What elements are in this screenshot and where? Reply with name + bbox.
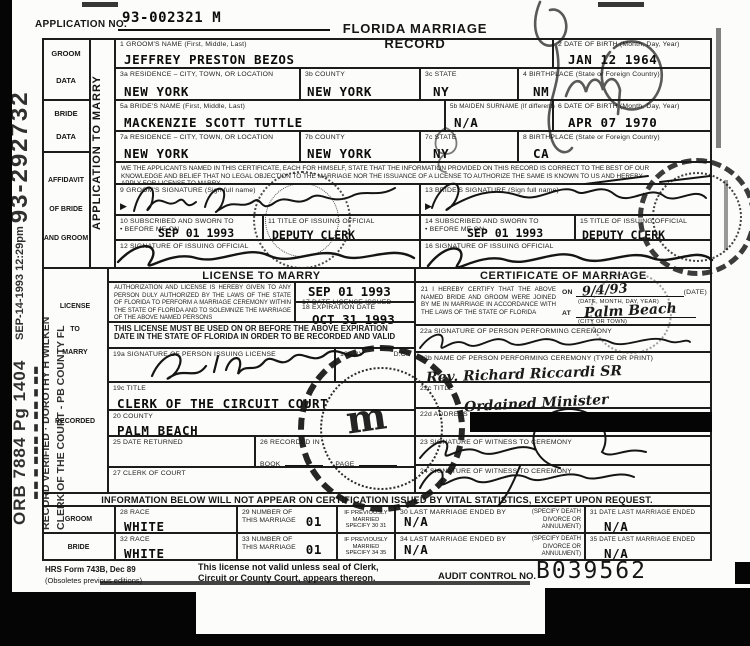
groom-ended-paren: (SPECIFY DEATH DIVORCE OR ANNULMENT)	[503, 509, 581, 532]
groom-spec-text: IF PREVIOUSLY MARRIED SPECIFY 30 31	[340, 510, 392, 530]
side-groom-data-label: DATA	[43, 76, 89, 85]
bride-residence-label: 7a RESIDENCE – CITY, TOWN, OR LOCATION	[120, 134, 299, 142]
field-groom-marriage-number: 29 NUMBER OF THIS MARRIAGE 01	[237, 506, 337, 533]
bride-race-label: 32 RACE	[120, 536, 236, 544]
field-bride-dob: 6 DATE OF BIRTH (Month, Day, Year) APR 0…	[553, 100, 712, 131]
bride-maiden-label: 5b MAIDEN SURNAME (If different)	[450, 103, 552, 111]
bride-race-value: WHITE	[124, 546, 236, 561]
groom-ended-value: N/A	[404, 514, 428, 529]
groom-num-value: 01	[306, 514, 322, 529]
address-redaction-bar	[470, 412, 712, 432]
bride-birthplace-value: CA	[533, 146, 711, 161]
groom-birthplace-value: NM	[533, 84, 711, 99]
vital-statistics-banner: INFORMATION BELOW WILL NOT APPEAR ON CER…	[42, 493, 712, 506]
field-sworn-bride: 14 SUBSCRIBED AND SWORN TO • BEFORE ME O…	[420, 215, 575, 240]
field-groom-last-marriage-ended: 30 LAST MARRIAGE ENDED BY (SPECIFY DEATH…	[395, 506, 585, 533]
sig12-label: 12 SIGNATURE OF ISSUING OFFICIAL	[120, 243, 419, 251]
field-issuing-signature-16: 16 SIGNATURE OF ISSUING OFFICIAL	[420, 240, 712, 268]
certify-paragraph: 21 I HEREBY CERTIFY THAT THE ABOVE NAMED…	[421, 286, 556, 316]
field-title-19c: 19c TITLE CLERK OF THE CIRCUIT COURT	[108, 382, 415, 410]
groom-county-label: 3b COUNTY	[305, 71, 419, 79]
groom-data-side-cell: GROOM DATA	[42, 38, 90, 100]
side-affidavit-label: AFFIDAVIT	[43, 177, 89, 184]
sig16-label: 16 SIGNATURE OF ISSUING OFFICIAL	[425, 243, 711, 251]
field-bride-state: 7c STATE NY	[420, 131, 518, 162]
bride-state-value: NY	[433, 146, 517, 161]
field-groom-residence: 3a RESIDENCE – CITY, TOWN, OR LOCATION N…	[115, 68, 300, 100]
application-no-label: APPLICATION NO.	[35, 19, 127, 30]
title19c-label: 19c TITLE	[113, 385, 414, 393]
bride-signature-arrow: ▶	[425, 201, 711, 212]
sworn14-label: 14 SUBSCRIBED AND SWORN TO	[425, 218, 574, 226]
scan-bottom-left-black	[0, 592, 196, 646]
field-bride-race: 32 RACE WHITE	[115, 533, 237, 561]
bride-num-value: 01	[306, 542, 322, 557]
field-sworn-groom: 10 SUBSCRIBED AND SWORN TO • BEFORE ME O…	[115, 215, 263, 240]
book-blank	[285, 465, 323, 466]
field-bride-maiden: 5b MAIDEN SURNAME (If different) N/A	[445, 100, 553, 131]
recorded-in-label: 26 RECORDED IN	[260, 439, 414, 447]
county20-label: 20 COUNTY	[113, 413, 414, 421]
field-groom-date-last-ended: 31 DATE LAST MARRIAGE ENDED N/A	[585, 506, 712, 533]
stats-bride-side-cell: BRIDE	[42, 533, 115, 561]
field-signature-performing-ceremony: 22a SIGNATURE OF PERSON PERFORMING CEREM…	[415, 325, 712, 352]
side-groom-label: GROOM	[43, 49, 89, 58]
groom-dob-value: JAN 12 1964	[568, 52, 711, 67]
expiration-label: 18 EXPIRATION DATE	[302, 304, 414, 312]
bride-dob-value: APR 07 1970	[568, 115, 711, 130]
bride-ended-value: N/A	[404, 542, 428, 557]
by-label: 19b BY	[340, 351, 364, 359]
scan-streak-right-edge-2	[724, 180, 728, 250]
license-must-use-text: THIS LICENSE MUST BE USED ON OR BEFORE T…	[108, 322, 415, 348]
bride-county-label: 7b COUNTY	[305, 134, 419, 142]
orb-barcode-marks: ▮▮ ▮ ▮▮▮ ▮ ▮▮ ▮ ▮▮	[30, 330, 40, 500]
form-number: HRS Form 743B, Dec 89	[45, 565, 136, 574]
title19c-value: CLERK OF THE CIRCUIT COURT	[117, 396, 414, 411]
page-blank	[359, 465, 397, 466]
field-bride-date-last-ended: 35 DATE LAST MARRIAGE ENDED N/A	[585, 533, 712, 561]
side-marry-label: MARRY	[43, 349, 107, 356]
on-line	[576, 296, 684, 297]
field-groom-name: 1 GROOM'S NAME (First, Middle, Last) JEF…	[115, 38, 553, 68]
field-name-performing-ceremony: 22b NAME OF PERSON PERFORMING CEREMONY (…	[415, 352, 712, 382]
field-date-license-issued: SEP 01 1993 17 DATE LICENSE ISSUED	[295, 282, 415, 302]
seal-notice-line1: This license not valid unless seal of Cl…	[198, 562, 379, 572]
field-bride-name: 5a BRIDE'S NAME (First, Middle, Last) MA…	[115, 100, 445, 131]
bride-name-label: 5a BRIDE'S NAME (First, Middle, Last)	[120, 103, 444, 111]
on-label: ON	[562, 289, 573, 297]
field-clerk-of-court: 27 CLERK OF COURT	[108, 467, 415, 493]
license-authorization-paragraph: AUTHORIZATION AND LICENSE IS HEREBY GIVE…	[114, 285, 291, 323]
stats-groom-side-cell: GROOM	[42, 506, 115, 533]
bride-maiden-value: N/A	[454, 115, 552, 130]
application-to-marry-strip: APPLICATION TO MARRY	[90, 38, 115, 268]
application-no-value: 93-002321 M	[122, 10, 221, 26]
sworn10-date: SEP 01 1993	[158, 226, 234, 240]
field-date-returned: 25 DATE RETURNED	[108, 436, 255, 467]
groom-race-value: WHITE	[124, 519, 236, 534]
side-license-label: LICENSE	[43, 303, 107, 310]
scan-speck-top-left	[82, 2, 118, 7]
field-groom-county: 3b COUNTY NEW YORK	[300, 68, 420, 100]
bride-dob-label: 6 DATE OF BIRTH (Month, Day, Year)	[558, 103, 711, 111]
bride-name-value: MACKENZIE SCOTT TUTTLE	[124, 115, 444, 130]
field-bride-signature: 13 BRIDE'S SIGNATURE (Sign full name) ▶	[420, 184, 712, 215]
field-county-20: 20 COUNTY PALM BEACH	[108, 410, 415, 436]
affidavit-line2: KNOWLEDGE AND BELIEF THAT NO LEGAL OBJEC…	[121, 173, 708, 181]
clerk-of-court-label: 27 CLERK OF COURT	[113, 470, 414, 478]
sig22a-label: 22a SIGNATURE OF PERSON PERFORMING CEREM…	[420, 328, 711, 336]
clerk-of-court-stamp: CLERK OF THE COURT - PB COUNTY FL	[55, 295, 67, 530]
scan-bottom-middle-black	[196, 634, 545, 646]
affidavit-line1: WE THE APPLICANTS NAMED IN THIS CERTIFIC…	[121, 165, 708, 173]
groom-num-label: 29 NUMBER OF THIS MARRIAGE	[242, 509, 302, 524]
groom-signature-label: 9 GROOM'S SIGNATURE (Sign full name)	[120, 187, 419, 195]
bride-county-value: NEW YORK	[307, 146, 419, 161]
bride-ended-paren: (SPECIFY DEATH DIVORCE OR ANNULMENT)	[503, 536, 581, 559]
field-title-22c: 22c TITLE Ordained Minister	[415, 382, 712, 408]
affidavit-side-cell: AFFIDAVIT OF BRIDE AND GROOM	[42, 152, 90, 268]
field-groom-birthplace: 4 BIRTHPLACE (State or Foreign Country) …	[518, 68, 712, 100]
groom-county-value: NEW YORK	[307, 84, 419, 99]
bride-residence-value: NEW YORK	[124, 146, 299, 161]
side-bride-data-label: DATA	[43, 132, 89, 141]
field-bride-residence: 7a RESIDENCE – CITY, TOWN, OR LOCATION N…	[115, 131, 300, 162]
groom-residence-label: 3a RESIDENCE – CITY, TOWN, OR LOCATION	[120, 71, 299, 79]
field-groom-state: 3c STATE NY	[420, 68, 518, 100]
field-signature-issuing-license: 19a SIGNATURE OF PERSON ISSUING LICENSE	[108, 348, 335, 382]
scan-right-nub	[735, 562, 750, 584]
bride-num-label: 33 NUMBER OF THIS MARRIAGE	[242, 536, 302, 551]
groom-dob-label: 2 DATE OF BIRTH (Month, Day, Year)	[558, 41, 711, 49]
sworn10-label: 10 SUBSCRIBED AND SWORN TO	[120, 218, 262, 226]
at-label: AT	[562, 310, 571, 318]
field-groom-race: 28 RACE WHITE	[115, 506, 237, 533]
marriage-record-scan: APPLICATION NO. 93-002321 M FLORIDA MARR…	[0, 0, 750, 646]
groom-state-label: 3c STATE	[425, 71, 517, 79]
scan-speck-top-right	[598, 2, 644, 7]
scan-smear-line	[100, 581, 530, 585]
witness23-label: 23 SIGNATURE OF WITNESS TO CEREMONY	[420, 439, 711, 447]
groom-date-ended-label: 31 DATE LAST MARRIAGE ENDED	[590, 509, 711, 517]
field-witness-23: 23 SIGNATURE OF WITNESS TO CEREMONY	[415, 436, 712, 465]
field-bride-county: 7b COUNTY NEW YORK	[300, 131, 420, 162]
field-bride-marriage-number: 33 NUMBER OF THIS MARRIAGE 01	[237, 533, 337, 561]
side-to-label: TO	[43, 326, 107, 333]
side-bride-label: BRIDE	[43, 109, 89, 118]
scan-left-edge	[0, 0, 12, 646]
field-recorded-in: 26 RECORDED IN BOOK PAGE	[255, 436, 415, 467]
groom-birthplace-label: 4 BIRTHPLACE (State or Foreign Country)	[523, 71, 711, 79]
field-groom-signature: 9 GROOM'S SIGNATURE (Sign full name) ▶	[115, 184, 420, 215]
side-recorded-label: RECORDED	[43, 418, 107, 425]
scan-streak-right-edge	[716, 28, 721, 148]
field-bride-birthplace: 8 BIRTHPLACE (State or Foreign Country) …	[518, 131, 712, 162]
field-title11: 11 TITLE OF ISSUING OFFICIAL DEPUTY CLER…	[263, 215, 420, 240]
groom-date-ended-value: N/A	[604, 519, 711, 534]
bride-state-label: 7c STATE	[425, 134, 517, 142]
orb-book-page-stamp: ORB 7884 Pg 1404	[10, 300, 30, 525]
date-returned-label: 25 DATE RETURNED	[113, 439, 254, 447]
field-title15: 15 TITLE OF ISSUING OFFICIAL DEPUTY CLER…	[575, 215, 712, 240]
bride-spec-text: IF PREVIOUSLY MARRIED SPECIFY 34 35	[340, 537, 392, 557]
bride-date-ended-label: 35 DATE LAST MARRIAGE ENDED	[590, 536, 711, 544]
by-value: D.C.	[394, 351, 408, 359]
bride-birthplace-label: 8 BIRTHPLACE (State or Foreign Country)	[523, 134, 711, 142]
scan-bottom-right-black	[545, 588, 750, 646]
bride-previously-married-note: IF PREVIOUSLY MARRIED SPECIFY 34 35	[337, 533, 395, 561]
certificate-section-header: CERTIFICATE OF MARRIAGE	[415, 268, 712, 282]
certificate-certify-block: 21 I HEREBY CERTIFY THAT THE ABOVE NAMED…	[415, 282, 712, 325]
license-must-use-paragraph: THIS LICENSE MUST BE USED ON OR BEFORE T…	[114, 325, 410, 340]
application-no-underline	[118, 29, 330, 31]
title11-label: 11 TITLE OF ISSUING OFFICIAL	[268, 218, 419, 226]
field-expiration-date: 18 EXPIRATION DATE OCT 31 1993	[295, 302, 415, 322]
groom-name-value: JEFFREY PRESTON BEZOS	[124, 52, 552, 67]
date-paren: (DATE)	[684, 289, 707, 297]
groom-name-label: 1 GROOM'S NAME (First, Middle, Last)	[120, 41, 552, 49]
field-bride-last-marriage-ended: 34 LAST MARRIAGE ENDED BY (SPECIFY DEATH…	[395, 533, 585, 561]
field-witness-24: 24 SIGNATURE OF WITNESS TO CEREMONY	[415, 465, 712, 493]
audit-control-number: B039562	[536, 558, 647, 584]
affidavit-statement: WE THE APPLICANTS NAMED IN THIS CERTIFIC…	[115, 162, 712, 184]
groom-state-value: NY	[433, 84, 517, 99]
sworn14-date: SEP 01 1993	[467, 226, 543, 240]
date-issued-value: SEP 01 1993	[308, 284, 414, 299]
groom-residence-value: NEW YORK	[124, 84, 299, 99]
groom-signature-arrow: ▶	[120, 201, 419, 212]
field-groom-dob: 2 DATE OF BIRTH (Month, Day, Year) JAN 1…	[553, 38, 712, 68]
side-and-groom-label: AND GROOM	[43, 235, 89, 242]
witness24-label: 24 SIGNATURE OF WITNESS TO CEREMONY	[420, 468, 711, 476]
stats-side-groom: GROOM	[43, 516, 114, 523]
side-of-bride-label: OF BRIDE	[43, 206, 89, 213]
field-issuing-signature-12: 12 SIGNATURE OF ISSUING OFFICIAL	[115, 240, 420, 268]
title15-label: 15 TITLE OF ISSUING OFFICIAL	[580, 218, 711, 226]
bride-data-side-cell: BRIDE DATA	[42, 100, 90, 152]
sig19a-label: 19a SIGNATURE OF PERSON ISSUING LICENSE	[113, 351, 334, 359]
field-by-dc: 19b BY D.C.	[335, 348, 415, 382]
license-authorization-text: AUTHORIZATION AND LICENSE IS HEREBY GIVE…	[108, 282, 295, 322]
stats-side-bride: BRIDE	[43, 544, 114, 551]
record-verified-stamp: RECORD VERIFIED · DOROTHY H WILKEN	[40, 295, 52, 530]
groom-race-label: 28 RACE	[120, 509, 236, 517]
license-section-header: LICENSE TO MARRY	[108, 268, 415, 282]
groom-previously-married-note: IF PREVIOUSLY MARRIED SPECIFY 30 31	[337, 506, 395, 533]
bride-signature-label: 13 BRIDE'S SIGNATURE (Sign full name)	[425, 187, 711, 195]
